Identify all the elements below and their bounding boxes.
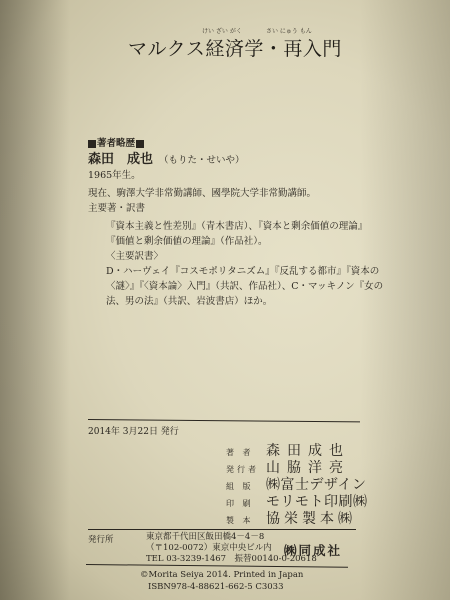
works-heading: 主要著・訳書 <box>88 201 398 216</box>
work-item: 『価値と剰余価値の理論』（作品社）。 <box>88 234 398 249</box>
copyright-text: ©Morita Seiya 2014. Printed in Japan <box>140 569 303 581</box>
credit-role: 発行者 <box>226 464 266 475</box>
credit-row: 発行者 山脇洋亮 <box>226 457 416 474</box>
square-bullet-icon <box>136 140 144 148</box>
credits-list: 著 者 森田成也 発行者 山脇洋亮 組 版 ㈱富士デザイン 印 刷 モリモト印刷… <box>226 440 416 525</box>
credit-row: 組 版 ㈱富士デザイン <box>226 474 416 491</box>
credit-role: 印 刷 <box>226 498 266 509</box>
work-item: 『資本主義と性差別』（青木書店）、『資本と剰余価値の理論』 <box>88 219 398 234</box>
divider <box>88 419 360 422</box>
credit-row: 著 者 森田成也 <box>226 440 416 457</box>
author-name-line: 森田 成也（もりた・せいや） <box>88 152 398 168</box>
ruby-keizaigaku: けい ざい がく <box>202 26 242 35</box>
credit-role: 製 本 <box>226 515 266 526</box>
copyright-block: ©Morita Seiya 2014. Printed in Japan ISB… <box>140 569 303 593</box>
page-shadow-left <box>0 0 70 600</box>
credit-name: 協栄製本㈱ <box>266 508 356 528</box>
birth-year: 1965年生。 <box>88 168 398 183</box>
divider <box>88 529 356 530</box>
credit-role: 組 版 <box>226 481 266 492</box>
publisher-name: ㈱同成社 <box>284 541 342 559</box>
author-bio: 著者略歴 森田 成也（もりた・せいや） 1965年生。 現在、駒澤大学非常勤講師… <box>88 136 398 309</box>
credit-row: 印 刷 モリモト印刷㈱ <box>226 491 416 508</box>
author-reading: （もりた・せいや） <box>159 155 245 166</box>
square-bullet-icon <box>88 140 96 148</box>
bio-heading-text: 著者略歴 <box>97 136 135 151</box>
author-name: 森田 成也 <box>88 152 153 167</box>
publisher-label: 発行所 <box>88 533 114 545</box>
current-position: 現在、駒澤大学非常勤講師、國學院大学非常勤講師。 <box>88 186 398 201</box>
ruby-sainyumon: さい にゅう もん <box>266 26 312 35</box>
publication-date: 2014年 3月22日 発行 <box>88 424 179 437</box>
isbn-text: ISBN978-4-88621-662-5 C3033 <box>140 581 303 593</box>
book-title: マルクス経済学・再入門 <box>128 34 368 61</box>
translations-heading: 〈主要訳書〉 <box>88 249 398 264</box>
credit-row: 製 本 協栄製本㈱ <box>226 508 416 525</box>
translations-text: D・ハーヴェイ『コスモポリタニズム』『反乱する都市』『資本の〈謎〉』『〈資本論〉… <box>88 264 396 309</box>
book-title-block: けい ざい がく さい にゅう もん マルクス経済学・再入門 <box>128 34 368 61</box>
bio-heading: 著者略歴 <box>88 136 398 151</box>
credit-role: 著 者 <box>226 447 266 458</box>
